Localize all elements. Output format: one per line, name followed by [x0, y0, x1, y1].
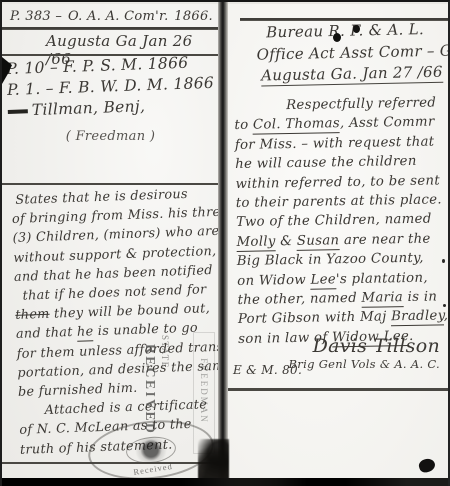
state-stamp: STATE [160, 335, 170, 377]
emphasis-dash [8, 109, 28, 114]
signature-name: Davis Tillson [289, 335, 440, 357]
signature-block: Davis Tillson Brig Genl Vols & A. A. C. [289, 335, 440, 371]
subject-status: ( Freedman ) [2, 129, 219, 144]
ink-blot [333, 33, 341, 42]
file-reference-block: P. 10 – F. P. S. M. 1866 P. 1. – F. B. W… [6, 51, 226, 122]
right-page: Bureau R. F. & A. L. Office Act Asst Com… [228, 4, 448, 478]
docket-year: 1866. [174, 9, 213, 24]
right-dateline-text: Augusta Ga. Jan 27 /66 [261, 63, 443, 87]
docket-ref: P. 383 – [10, 9, 62, 24]
signature-title: Brig Genl Vols & A. A. C. [289, 357, 440, 371]
right-body-text: Respectfully referredto Col. Thomas, Ass… [234, 93, 450, 349]
paper-speck [442, 259, 445, 263]
divider-rule [228, 388, 448, 391]
scan-bottom-edge [2, 478, 448, 486]
ink-blot [353, 25, 360, 33]
right-dateline: Augusta Ga. Jan 27 /66 [239, 62, 445, 88]
clerk-note: E & M. 80. [233, 363, 302, 377]
docket-office: O. A. A. Com'r. [68, 9, 169, 24]
docket-header-row: P. 383 – O. A. A. Com'r. 1866. [10, 9, 213, 24]
handwritten-line: Port Gibson with Maj Bradley, [238, 307, 450, 330]
divider-rule [2, 27, 219, 30]
subject-name: Tillman, Benj, [31, 97, 145, 119]
right-header-block: Bureau R. F. & A. L. Office Act Asst Com… [238, 19, 445, 88]
document-scan: P. 383 – O. A. A. Com'r. 1866. Augusta G… [0, 0, 450, 486]
paper-speck [443, 304, 446, 307]
left-page: P. 383 – O. A. A. Com'r. 1866. Augusta G… [2, 4, 219, 478]
page-gutter [218, 2, 228, 486]
ink-blot [417, 457, 436, 474]
